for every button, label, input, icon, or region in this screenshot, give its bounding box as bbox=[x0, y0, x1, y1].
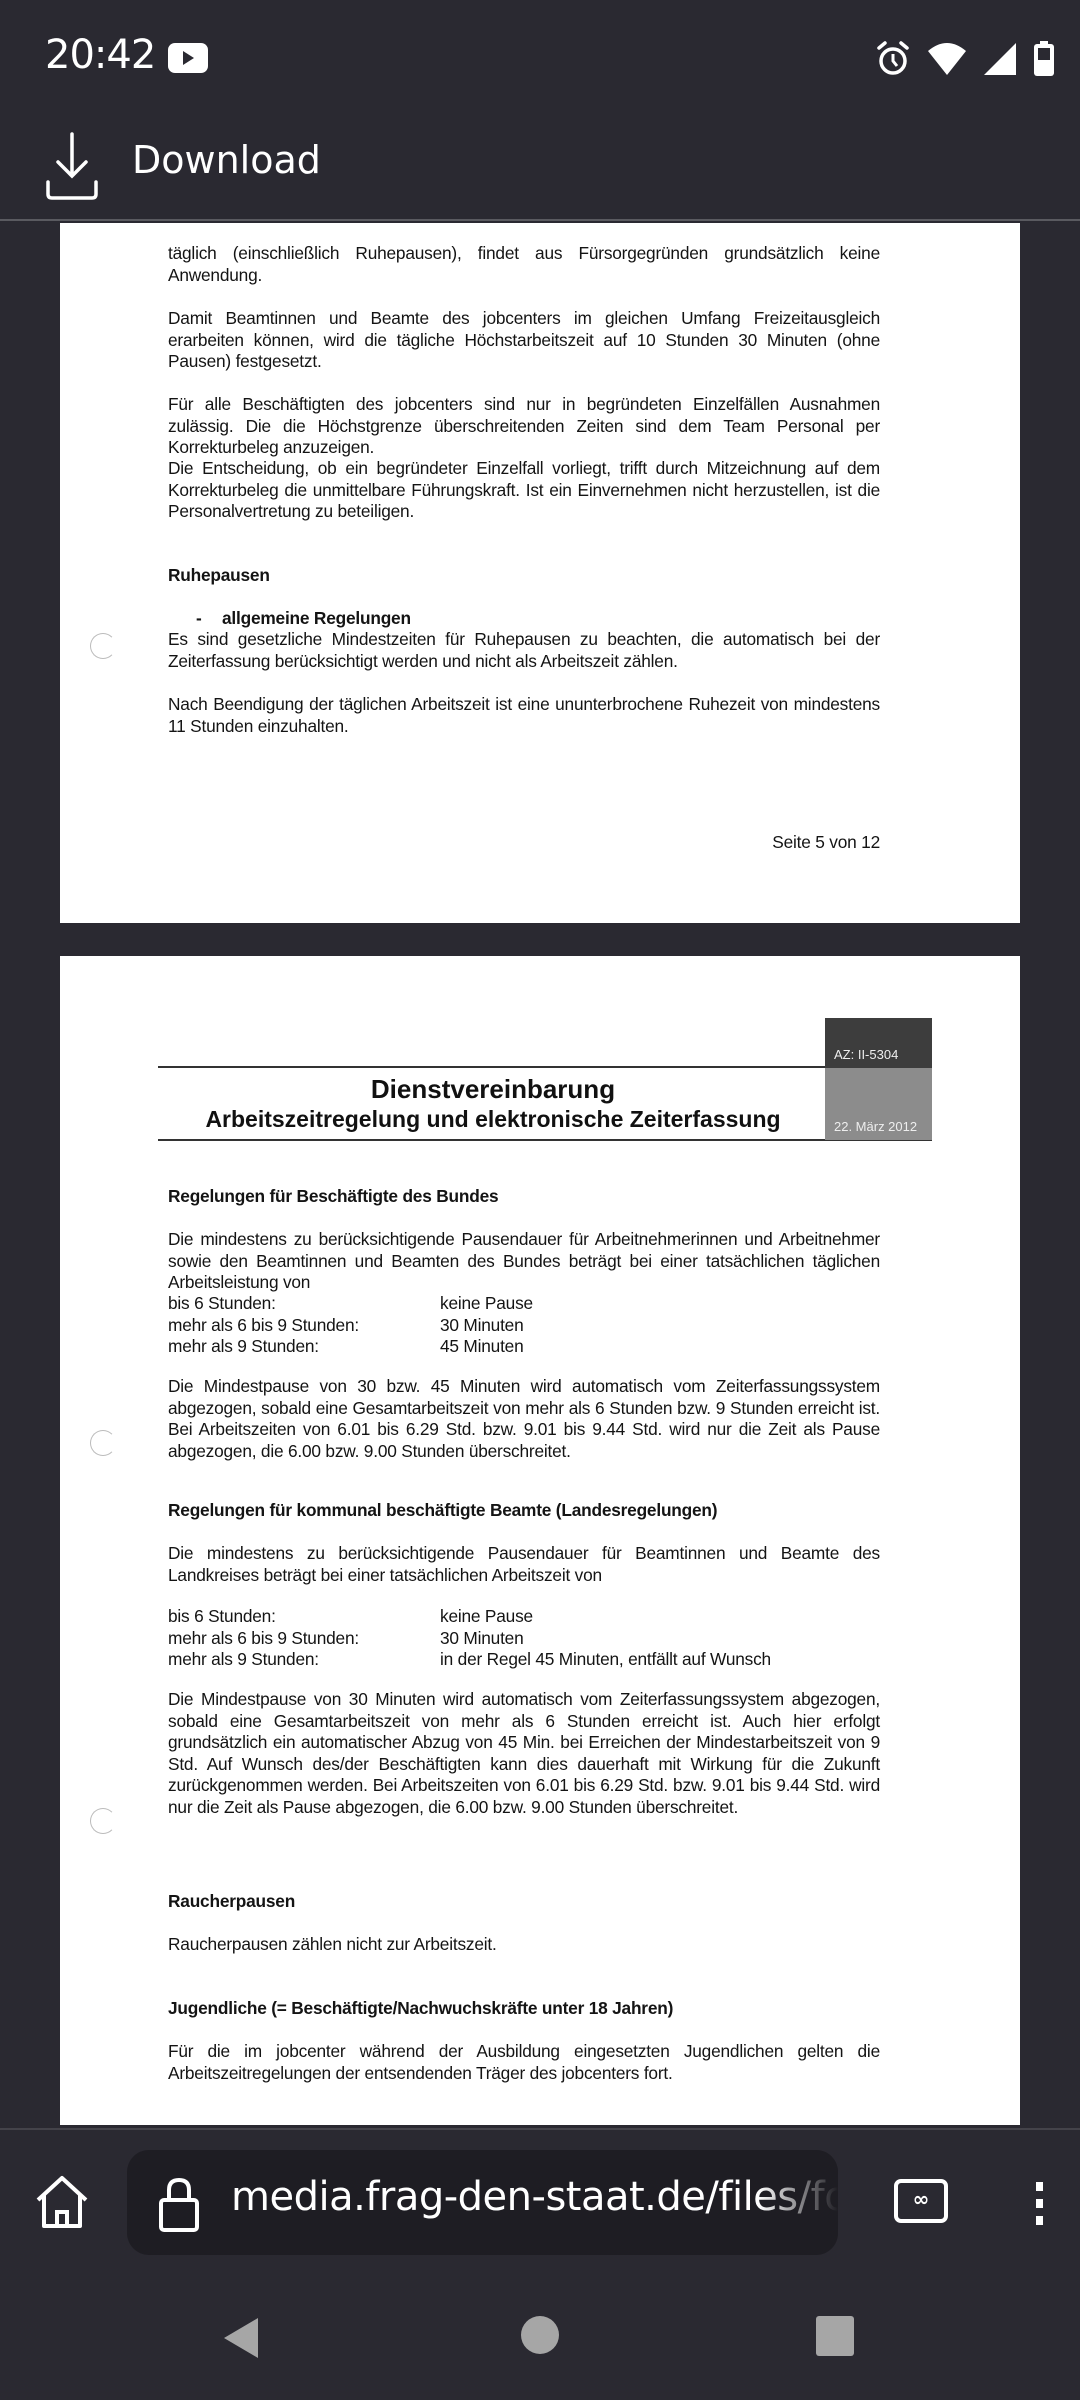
lock-icon[interactable] bbox=[157, 2176, 201, 2234]
status-bar: 20:42 bbox=[0, 0, 1080, 120]
table-row: bis 6 Stunden:keine Pause bbox=[168, 1293, 880, 1315]
heading-bund: Regelungen für Beschäftigte des Bundes bbox=[168, 1186, 880, 1208]
punch-hole-mark bbox=[90, 1808, 116, 1834]
paragraph: Es sind gesetzliche Mindestzeiten für Ru… bbox=[168, 629, 880, 672]
heading-ruhepausen: Ruhepausen bbox=[168, 565, 880, 587]
reference-box: AZ: II-5304 bbox=[825, 1018, 932, 1068]
heading-jugendliche: Jugendliche (= Beschäftigte/Nachwuchskrä… bbox=[168, 1998, 880, 2020]
page-number: Seite 5 von 12 bbox=[168, 832, 880, 854]
date-box: 22. März 2012 bbox=[825, 1068, 932, 1140]
punch-hole-mark bbox=[90, 633, 116, 659]
more-vert-icon[interactable] bbox=[1020, 2180, 1060, 2226]
heading-raucherpausen: Raucherpausen bbox=[168, 1891, 880, 1913]
url-bar[interactable]: media.frag-den-staat.de/files/foi/ bbox=[127, 2150, 838, 2255]
wifi-icon bbox=[927, 41, 967, 77]
paragraph: Die mindestens zu berücksichtigende Paus… bbox=[168, 1543, 880, 1586]
app-bar: Download bbox=[0, 120, 1080, 221]
status-icons bbox=[875, 40, 1055, 78]
header-rule-top bbox=[158, 1066, 825, 1068]
paragraph: Raucherpausen zählen nicht zur Arbeitsze… bbox=[168, 1934, 880, 1956]
reference-number: AZ: II-5304 bbox=[834, 1047, 898, 1062]
svg-text:∞: ∞ bbox=[913, 2187, 930, 2211]
break-table-bund: bis 6 Stunden:keine Pause mehr als 6 bis… bbox=[168, 1293, 880, 1358]
paragraph: Die Mindestpause von 30 bzw. 45 Minuten … bbox=[168, 1376, 880, 1462]
battery-icon bbox=[1033, 41, 1055, 77]
system-nav-bar bbox=[0, 2268, 1080, 2400]
document-date: 22. März 2012 bbox=[834, 1119, 917, 1134]
paragraph: Die Mindestpause von 30 Minuten wird aut… bbox=[168, 1689, 880, 1818]
paragraph: täglich (einschließlich Ruhepausen), fin… bbox=[168, 243, 880, 286]
subheading-allgemeine-regelungen: allgemeine Regelungen bbox=[222, 608, 622, 630]
header-rule-bottom bbox=[158, 1139, 932, 1141]
tab-switcher-icon[interactable]: ∞ bbox=[893, 2178, 949, 2224]
home-icon[interactable] bbox=[32, 2172, 92, 2232]
punch-hole-mark bbox=[90, 1430, 116, 1456]
pdf-viewer[interactable]: täglich (einschließlich Ruhepausen), fin… bbox=[0, 223, 1080, 2125]
recents-icon[interactable] bbox=[816, 2316, 854, 2356]
paragraph: Die mindestens zu berücksichtigende Paus… bbox=[168, 1229, 880, 1294]
paragraph: Für alle Beschäftigten des jobcenters si… bbox=[168, 394, 880, 459]
app-title: Download bbox=[132, 138, 321, 182]
home-circle-icon[interactable] bbox=[521, 2316, 559, 2354]
pdf-page-6: Dienstvereinbarung Arbeitszeitregelung u… bbox=[60, 956, 1020, 2125]
url-text[interactable]: media.frag-den-staat.de/files/foi/ bbox=[231, 2174, 838, 2220]
table-row: mehr als 9 Stunden:45 Minuten bbox=[168, 1336, 880, 1358]
alarm-icon bbox=[875, 40, 911, 78]
paragraph: Nach Beendigung der täglichen Arbeitszei… bbox=[168, 694, 880, 737]
url-fade bbox=[758, 2150, 838, 2255]
pdf-page-5: täglich (einschließlich Ruhepausen), fin… bbox=[60, 223, 1020, 923]
document-subtitle: Arbeitszeitregelung und elektronische Ze… bbox=[158, 1106, 828, 1133]
back-icon[interactable] bbox=[220, 2316, 260, 2360]
status-time: 20:42 bbox=[45, 32, 155, 78]
paragraph: Für die im jobcenter während der Ausbild… bbox=[168, 2041, 880, 2084]
break-table-kommunal: bis 6 Stunden:keine Pause mehr als 6 bis… bbox=[168, 1606, 880, 1671]
table-row: bis 6 Stunden:keine Pause bbox=[168, 1606, 880, 1628]
browser-toolbar: media.frag-den-staat.de/files/foi/ ∞ bbox=[0, 2128, 1080, 2268]
table-row: mehr als 9 Stunden:in der Regel 45 Minut… bbox=[168, 1649, 880, 1671]
youtube-icon bbox=[168, 43, 208, 73]
table-row: mehr als 6 bis 9 Stunden:30 Minuten bbox=[168, 1628, 880, 1650]
download-icon[interactable] bbox=[44, 130, 100, 200]
table-row: mehr als 6 bis 9 Stunden:30 Minuten bbox=[168, 1315, 880, 1337]
document-title: Dienstvereinbarung bbox=[158, 1074, 828, 1105]
paragraph: Die Entscheidung, ob ein begründeter Ein… bbox=[168, 458, 880, 523]
paragraph: Damit Beamtinnen und Beamte des jobcente… bbox=[168, 308, 880, 373]
cellular-signal-icon bbox=[983, 42, 1017, 76]
heading-kommunal: Regelungen für kommunal beschäftigte Bea… bbox=[168, 1500, 880, 1522]
